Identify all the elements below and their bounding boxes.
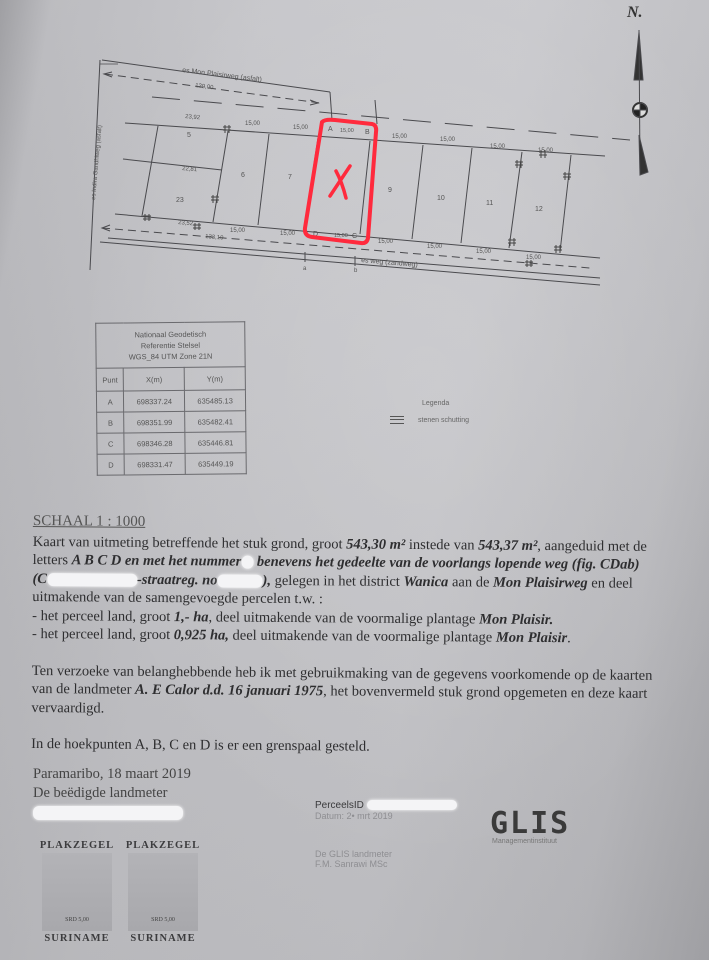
- body-line: In de hoekpunten A, B, C en D is er een …: [31, 735, 691, 759]
- svg-text:15,00: 15,00: [476, 249, 492, 255]
- scale-heading: SCHAAL 1 : 1000: [33, 512, 693, 536]
- table-row: C 698346.28 635446.81: [97, 432, 246, 455]
- svg-text:es Mon Plaisirweg (asfalt): es Mon Plaisirweg (asfalt): [182, 67, 262, 84]
- svg-text:12: 12: [535, 206, 543, 213]
- legend-label: stenen schutting: [418, 417, 469, 424]
- place-date: Paramaribo, 18 maart 2019: [33, 765, 191, 784]
- svg-text:9: 9: [388, 187, 392, 194]
- svg-text:15,00: 15,00: [280, 231, 296, 237]
- svg-text:5: 5: [187, 132, 191, 139]
- svg-text:23,52: 23,52: [178, 220, 194, 227]
- svg-text:a: a: [303, 266, 307, 272]
- table-row: B 698351.99 635482.41: [97, 411, 246, 434]
- svg-text:b: b: [354, 268, 358, 274]
- svg-text:15,00: 15,00: [340, 128, 354, 134]
- legend-title: Legenda: [422, 400, 449, 407]
- redaction: [33, 806, 183, 820]
- signature-block: Paramaribo, 18 maart 2019 De beëdigde la…: [33, 765, 191, 822]
- svg-text:C: C: [352, 233, 357, 240]
- svg-text:6: 6: [241, 172, 245, 179]
- svg-text:15,00: 15,00: [378, 239, 394, 245]
- table-row: A 698337.24 635485.13: [96, 390, 245, 413]
- parcel-id: PerceelsID: [315, 800, 457, 811]
- document-body: SCHAAL 1 : 1000 Kaart van uitmeting betr…: [31, 512, 693, 759]
- svg-text:129,00: 129,00: [195, 83, 215, 91]
- revenue-stamp: PLAKZEGEL SRD 5,00 SURINAME: [124, 840, 202, 950]
- svg-text:15,00: 15,00: [427, 244, 443, 250]
- gis-date: Datum: 2• mrt 2019: [315, 811, 457, 821]
- svg-text:15,00: 15,00: [245, 121, 261, 127]
- gis-surveyor-name: F.M. Sanrawi MSc: [315, 859, 457, 869]
- gis-logo-subtitle: Managementinstituut: [492, 838, 557, 845]
- svg-text:22,81: 22,81: [182, 166, 198, 173]
- svg-text:10: 10: [437, 195, 445, 202]
- gis-surveyor-title: De GLIS landmeter: [315, 849, 457, 859]
- surveyor-role: De beëdigde landmeter: [33, 784, 191, 803]
- svg-text:133,19: 133,19: [205, 234, 224, 242]
- redaction: [47, 573, 137, 587]
- svg-text:23: 23: [176, 197, 184, 204]
- redaction: [217, 574, 262, 587]
- revenue-stamp: PLAKZEGEL SRD 5,00 SURINAME: [38, 840, 116, 950]
- svg-text:15,00: 15,00: [392, 134, 408, 140]
- fence-hatch-icon: [390, 416, 404, 424]
- stamp-emblem-icon: SRD 5,00: [42, 853, 112, 931]
- gis-certification: PerceelsID Datum: 2• mrt 2019 De GLIS la…: [315, 800, 457, 869]
- redaction: [367, 800, 457, 810]
- svg-text:15,00: 15,00: [293, 125, 309, 131]
- col-header-x: X(m): [124, 367, 185, 391]
- stamp-emblem-icon: SRD 5,00: [128, 853, 198, 931]
- col-header-y: Y(m): [184, 367, 245, 391]
- svg-text:15,00: 15,00: [490, 144, 506, 150]
- svg-text:15,00: 15,00: [230, 228, 246, 234]
- svg-text:7: 7: [288, 174, 292, 181]
- redaction: [241, 556, 253, 569]
- coordinate-table: Nationaal Geodetisch Referentie Stelsel …: [95, 321, 247, 476]
- svg-text:11: 11: [486, 200, 493, 207]
- north-arrow-icon: [633, 30, 648, 175]
- svg-text:15,00: 15,00: [538, 148, 554, 154]
- svg-text:15,00: 15,00: [526, 255, 542, 261]
- svg-text:23,92: 23,92: [185, 114, 201, 121]
- coordinate-system-title: Nationaal Geodetisch Referentie Stelsel …: [96, 322, 245, 369]
- svg-text:es Indira Gandhiweg (asfalt): es Indira Gandhiweg (asfalt): [91, 125, 104, 200]
- gis-logo: GLIS: [490, 806, 570, 841]
- table-row: D 698331.47 635449.19: [97, 453, 246, 476]
- svg-text:A: A: [328, 126, 333, 133]
- svg-text:B: B: [365, 129, 370, 136]
- svg-text:15,00: 15,00: [440, 137, 456, 143]
- col-header-punt: Punt: [96, 368, 124, 391]
